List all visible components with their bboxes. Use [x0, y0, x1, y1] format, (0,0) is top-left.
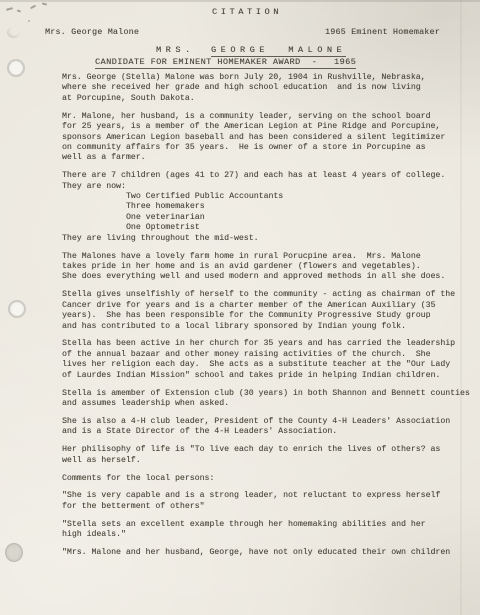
- scanned-document-page: CITATION Mrs. George Malone 1965 Eminent…: [0, 0, 480, 615]
- paragraph: Stella is amember of Extension club (30 …: [62, 389, 474, 410]
- award-year-label: 1965 Eminent Homemaker: [325, 27, 440, 37]
- paragraph: She is also a 4-H club leader, President…: [62, 417, 474, 438]
- paragraph: "She is very capable and is a strong lea…: [62, 491, 474, 512]
- hole-punch: [8, 300, 26, 318]
- pencil-mark: [6, 7, 13, 10]
- pencil-mark: [30, 5, 36, 9]
- candidate-name-label: Mrs. George Malone: [45, 27, 139, 37]
- hole-punch: [7, 59, 25, 77]
- paragraph: There are 7 children (ages 41 to 27) and…: [62, 171, 474, 192]
- paragraph: Her philisophy of life is "To live each …: [62, 445, 474, 466]
- pencil-mark: [42, 2, 47, 5]
- paragraph: They are living throughout the mid-west.: [62, 234, 474, 244]
- list-item: One veterinarian: [126, 213, 474, 223]
- title-prefix: MRS.: [156, 45, 195, 55]
- paragraph: Comments for the local persons:: [62, 474, 474, 484]
- pencil-mark: [28, 20, 30, 22]
- paragraph: "Mrs. Malone and her husband, George, ha…: [62, 548, 474, 558]
- paragraph: Stella has been active in her church for…: [62, 339, 474, 381]
- paragraph: "Stella sets an excellent example throug…: [62, 520, 474, 541]
- paragraph: Stella gives unselfishly of herself to t…: [62, 290, 474, 332]
- paragraph: Mr. Malone, her husband, is a community …: [62, 112, 474, 164]
- hole-punch: [5, 543, 23, 562]
- children-occupations-list: Two Certified Public AccountantsThree ho…: [126, 192, 474, 234]
- list-item: Two Certified Public Accountants: [126, 192, 474, 202]
- document-subtitle: CANDIDATE FOR EMINENT HOMEMAKER AWARD - …: [95, 57, 356, 69]
- document-type-label: CITATION: [212, 7, 282, 17]
- list-item: Three homemakers: [126, 202, 474, 212]
- pencil-mark: [17, 9, 21, 12]
- title-name-underlined: GEORGE MALONE: [211, 45, 346, 57]
- paragraph: Mrs. George (Stella) Malone was born Jul…: [62, 73, 474, 104]
- document-body: Mrs. George (Stella) Malone was born Jul…: [62, 73, 474, 558]
- list-item: One Optometrist: [126, 223, 474, 233]
- pencil-smudge: [7, 27, 20, 38]
- paragraph: The Malones have a lovely farm home in r…: [62, 252, 474, 283]
